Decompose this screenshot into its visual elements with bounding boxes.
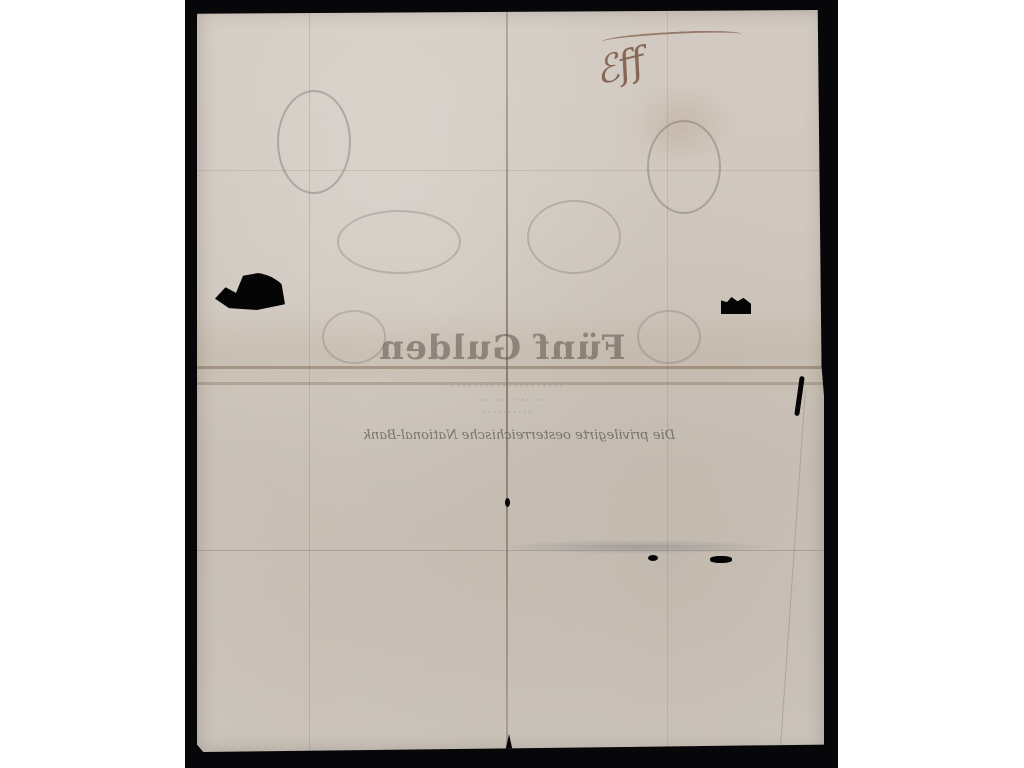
banknote-reverse: Fünf Gulden · · · · · · · · · · · · · · … [197, 10, 824, 752]
torn-hole-right [721, 297, 751, 314]
pin-hole [648, 555, 658, 561]
ink-stain [627, 80, 737, 170]
ornament-flourish [277, 90, 351, 194]
mirrored-denomination-heading: Fünf Gulden [337, 328, 667, 368]
pin-hole [505, 498, 510, 507]
vertical-center-fold [506, 10, 508, 752]
mirrored-text-line: · · · · · · · · · · · · · · · [347, 396, 677, 405]
mirrored-bank-name: Die privilegirte oesterreichische Nation… [309, 428, 729, 443]
handwritten-ink-mark: ℰff [590, 39, 649, 94]
mirrored-text-line: · · · · · · · · · · · · · · · · · · · · [317, 382, 697, 392]
crease-line [779, 390, 806, 752]
pin-hole [710, 556, 732, 563]
ornament-wreath [527, 200, 621, 274]
mirrored-text-line: · · · · · · · · · · [387, 408, 627, 417]
dark-smudge [497, 540, 777, 554]
ornament-wreath [337, 210, 461, 274]
torn-hole-left [215, 272, 285, 310]
